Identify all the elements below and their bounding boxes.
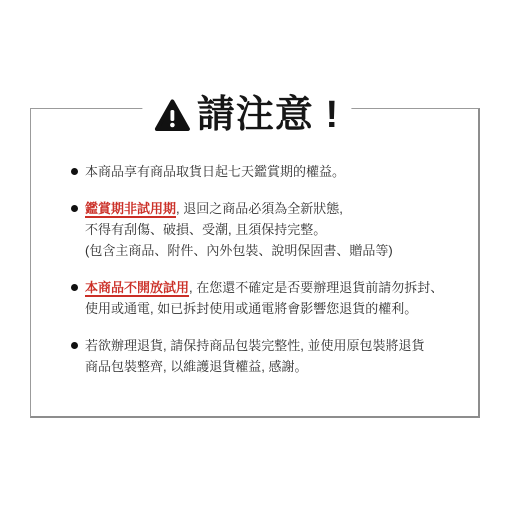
bullet-dot-icon bbox=[71, 342, 78, 349]
bullet-text-wrap: 本商品享有商品取貨日起七天鑑賞期的權益。 bbox=[85, 161, 345, 182]
bullet-highlight: 本商品不開放試用 bbox=[85, 280, 189, 295]
bullet-text: 若欲辦理退貨, 請保持商品包裝完整性, 並使用原包裝將退貨 商品包裝整齊, 以維… bbox=[85, 338, 424, 374]
bullet-item-2: 鑑賞期非試用期, 退回之商品必須為全新狀態, 不得有刮傷、破損、受潮, 且須保持… bbox=[71, 198, 454, 261]
notice-title: 請注意 ! bbox=[142, 93, 351, 137]
notice-card: 請注意 ! 本商品享有商品取貨日起七天鑑賞期的權益。 鑑賞期非試用期, 退回之商… bbox=[30, 108, 480, 418]
bullet-highlight: 鑑賞期非試用期 bbox=[85, 201, 176, 216]
bullet-item-4: 若欲辦理退貨, 請保持商品包裝完整性, 並使用原包裝將退貨 商品包裝整齊, 以維… bbox=[71, 335, 454, 377]
bullet-text-wrap: 若欲辦理退貨, 請保持商品包裝完整性, 並使用原包裝將退貨 商品包裝整齊, 以維… bbox=[85, 335, 424, 377]
bullet-text-wrap: 鑑賞期非試用期, 退回之商品必須為全新狀態, 不得有刮傷、破損、受潮, 且須保持… bbox=[85, 198, 393, 261]
bullet-text-wrap: 本商品不開放試用, 在您還不確定是否要辦理退貨前請勿拆封、 使用或通電, 如已拆… bbox=[85, 277, 443, 319]
bullet-dot-icon bbox=[71, 205, 78, 212]
bullet-list: 本商品享有商品取貨日起七天鑑賞期的權益。 鑑賞期非試用期, 退回之商品必須為全新… bbox=[31, 109, 478, 377]
bullet-dot-icon bbox=[71, 284, 78, 291]
bullet-dot-icon bbox=[71, 168, 78, 175]
warning-triangle-icon bbox=[154, 99, 190, 132]
bullet-text: 本商品享有商品取貨日起七天鑑賞期的權益。 bbox=[85, 164, 345, 179]
notice-title-text: 請注意 ! bbox=[197, 93, 339, 137]
bullet-item-3: 本商品不開放試用, 在您還不確定是否要辦理退貨前請勿拆封、 使用或通電, 如已拆… bbox=[71, 277, 454, 319]
bullet-item-1: 本商品享有商品取貨日起七天鑑賞期的權益。 bbox=[71, 161, 454, 182]
